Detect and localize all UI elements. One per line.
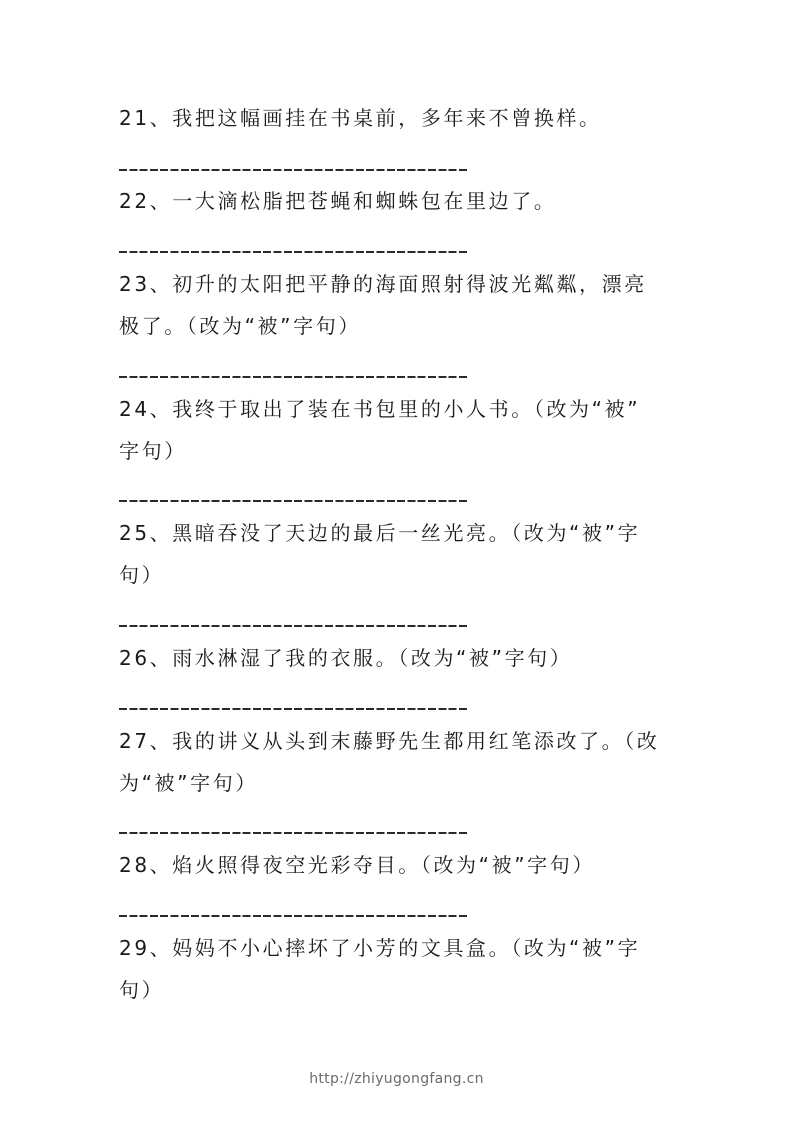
question-27-line-2: 为“被”字句）: [119, 771, 258, 795]
answer-line-22: [119, 251, 469, 253]
answer-line-23: [119, 376, 469, 378]
question-23-line-2: 极了。（改为“被”字句）: [119, 314, 361, 338]
answer-line-25: [119, 625, 469, 627]
question-23-line-1: 23、初升的太阳把平静的海面照射得波光粼粼，漂亮: [119, 272, 647, 296]
question-29-line-1: 29、妈妈不小心摔坏了小芳的文具盒。（改为“被”字: [119, 936, 640, 960]
question-24-line-1: 24、我终于取出了装在书包里的小人书。（改为“被”: [119, 397, 640, 421]
question-26-line-1: 26、雨水淋湿了我的衣服。（改为“被”字句）: [119, 646, 572, 670]
question-25-line-2: 句）: [119, 563, 164, 587]
question-29-line-2: 句）: [119, 978, 164, 1002]
question-22-line-1: 22、一大滴松脂把苍蝇和蜘蛛包在里边了。: [119, 189, 556, 213]
answer-line-27: [119, 832, 469, 834]
question-25-line-1: 25、黑暗吞没了天边的最后一丝光亮。（改为“被”字: [119, 521, 640, 545]
question-24-line-2: 字句）: [119, 439, 187, 463]
question-28-line-1: 28、焰火照得夜空光彩夺目。（改为“被”字句）: [119, 853, 595, 877]
worksheet-page: 21、我把这幅画挂在书桌前，多年来不曾换样。 22、一大滴松脂把苍蝇和蜘蛛包在里…: [0, 0, 793, 1122]
answer-line-28: [119, 915, 469, 917]
footer-url: http://zhiyugongfang.cn: [0, 1071, 793, 1087]
answer-line-24: [119, 500, 469, 502]
answer-line-21: [119, 169, 469, 171]
answer-line-26: [119, 708, 469, 710]
question-21-line-1: 21、我把这幅画挂在书桌前，多年来不曾换样。: [119, 106, 602, 130]
question-27-line-1: 27、我的讲义从头到末藤野先生都用红笔添改了。（改: [119, 729, 659, 753]
